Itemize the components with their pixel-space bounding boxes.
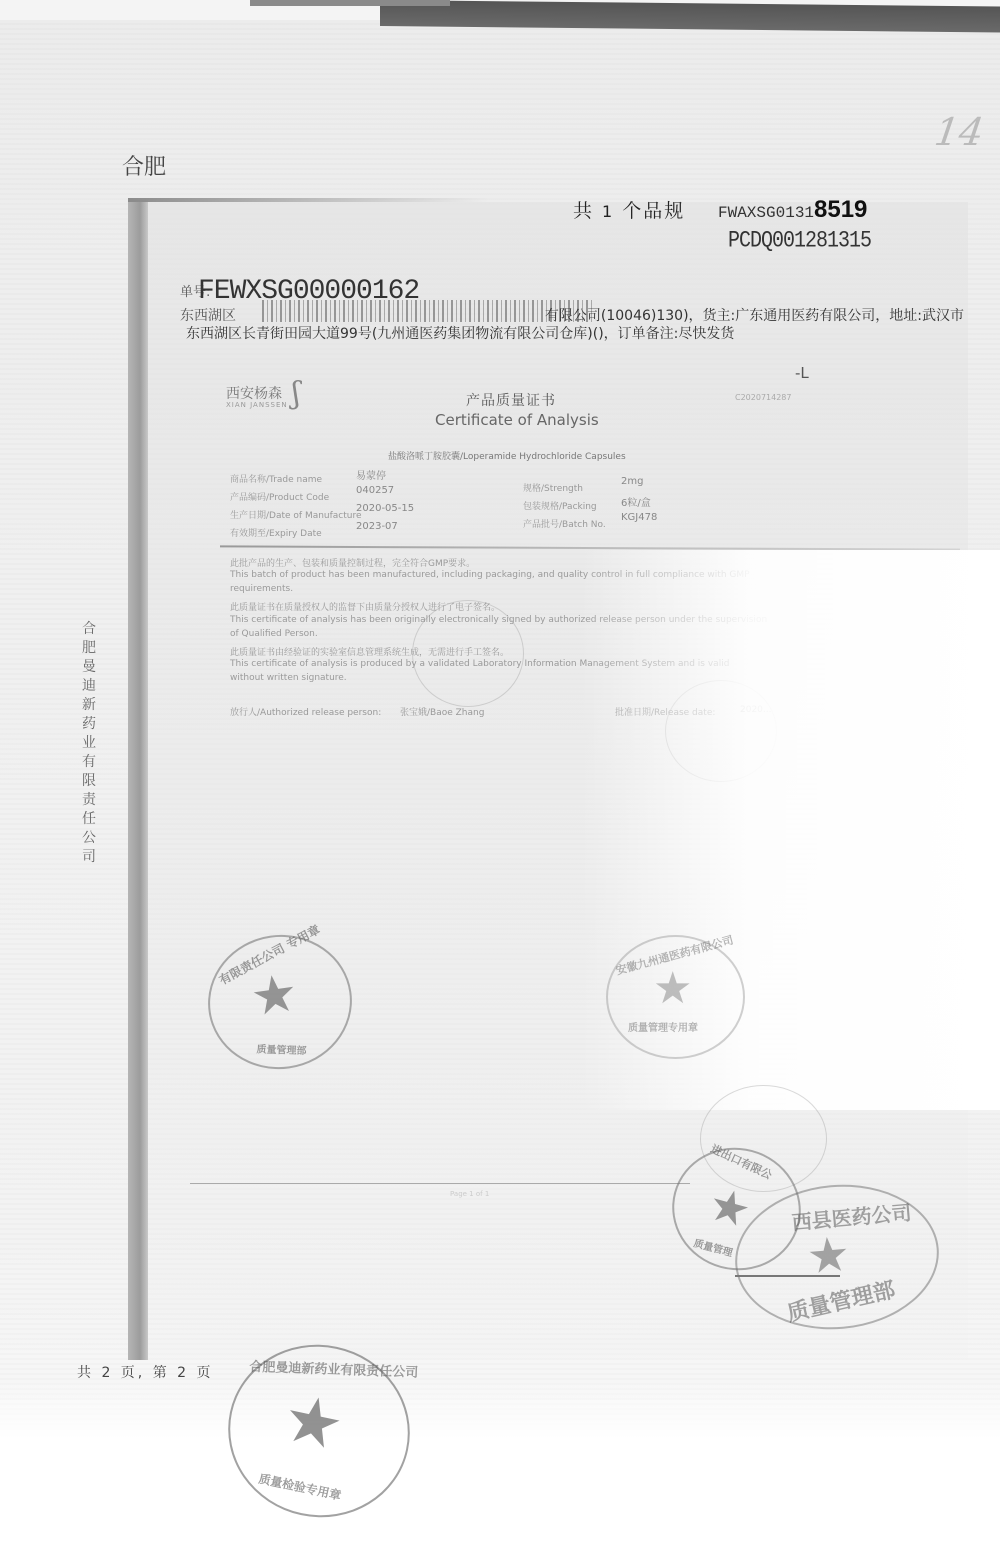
field-label: 规格/Strength — [523, 484, 583, 494]
star-icon: ★ — [653, 963, 692, 1014]
scanner-edge-band-left — [250, 0, 450, 6]
field-row: 生产日期/Date of Manufacture 2020-05-15 — [230, 503, 362, 521]
statement-line: of Qualified Person. — [230, 629, 318, 639]
coa-footer-mark: Page 1 of 1 — [450, 1190, 489, 1198]
manufacturer-logo-icon: ʃ — [292, 376, 300, 411]
sheet-top-edge — [128, 198, 488, 202]
code-prefix: FWAXSG0131 — [718, 204, 814, 222]
field-value: 2020-05-15 — [356, 503, 414, 514]
release-person-label: 放行人/Authorized release person: — [230, 705, 381, 718]
side-company-name: 合肥曼迪新药业有限责任公司 — [80, 620, 98, 867]
page-indicator: 共 2 页, 第 2 页 — [77, 1362, 214, 1382]
stamp-text-top: 西县医药公司 — [790, 1196, 912, 1235]
manufacturer-logo-text: 西安杨森 — [226, 383, 282, 403]
page-bottom-rule — [190, 1183, 690, 1184]
field-value: 2mg — [621, 476, 643, 487]
address-line-1-start: 东西湖区 — [180, 308, 236, 324]
stamp-text-bottom: 质量检验专用章 — [257, 1470, 343, 1504]
field-label: 产品批号/Batch No. — [523, 520, 606, 530]
star-icon: ★ — [247, 963, 302, 1029]
count-value: 1 — [602, 202, 614, 221]
stamp-text-bottom: 质量管理部 — [256, 1040, 306, 1057]
stamp-jiuzhoutong: ★ 安徽九州通医药有限公司 质量管理专用章 — [606, 935, 745, 1059]
field-row: 商品名称/Trade name 易蒙停 — [230, 467, 362, 485]
address-line-1-end: 有限公司(10046)130)，货主:广东通用医药有限公司，地址:武汉市 — [545, 308, 964, 324]
stamp-text-bottom: 质量管理 — [692, 1234, 735, 1259]
star-icon: ★ — [276, 1378, 350, 1466]
fields-left: 商品名称/Trade name 易蒙停 产品编码/Product Code 04… — [230, 467, 362, 539]
coa-title-english: Certificate of Analysis — [435, 411, 599, 429]
statement-line: requirements. — [230, 584, 293, 594]
handwritten-mark-l: -L — [795, 364, 809, 382]
release-person-name: 张宝娥/Baoe Zhang — [400, 705, 484, 718]
coa-title-chinese: 产品质量证书 — [466, 390, 556, 410]
handwritten-page-mark: 14 — [932, 110, 987, 154]
field-value: 040257 — [356, 485, 394, 496]
field-row: 产品批号/Batch No. KGJ478 — [523, 512, 606, 530]
statement-line: 此批产品的生产、包装和质量控制过程，完全符合GMP要求。 — [230, 556, 475, 569]
field-label: 包装规格/Packing — [523, 502, 597, 512]
field-row: 包装规格/Packing 6粒/盒 — [523, 494, 606, 512]
code-bold: 8519 — [814, 196, 867, 223]
field-row: 产品编码/Product Code 040257 — [230, 485, 362, 503]
order-number: FEWXSG00000162 — [198, 276, 419, 307]
secondary-code: PCDQ001281315 — [728, 228, 871, 254]
coa-reference: C2020714287 — [735, 393, 791, 402]
count-suffix: 个品规 — [622, 200, 685, 222]
stamp-underline — [735, 1275, 840, 1277]
statement-line: without written signature. — [230, 673, 347, 683]
city-label: 合肥 — [122, 150, 166, 181]
scan-fade-bottom — [0, 1380, 1000, 1550]
field-value: 6粒/盒 — [621, 494, 651, 509]
field-label: 商品名称/Trade name — [230, 475, 322, 485]
fields-right: 规格/Strength 2mg 包装规格/Packing 6粒/盒 产品批号/B… — [523, 476, 606, 530]
field-label: 产品编码/Product Code — [230, 493, 329, 503]
manufacturer-logo-subtext: XIAN JANSSEN — [226, 401, 288, 409]
sheet-shadow-edge — [128, 200, 148, 1360]
field-row: 规格/Strength 2mg — [523, 476, 606, 494]
field-value: 2023-07 — [356, 521, 398, 532]
address-line-1: 东西湖区 有限公司(10046)130)，货主:广东通用医药有限公司，地址:武汉… — [180, 305, 964, 325]
field-label: 生产日期/Date of Manufacture — [230, 511, 362, 521]
product-title: 盐酸洛哌丁胺胶囊/Loperamide Hydrochloride Capsul… — [388, 449, 626, 462]
field-value: KGJ478 — [621, 512, 657, 523]
stamp-text-bottom: 质量管理专用章 — [628, 1019, 698, 1034]
document-code: FWAXSG01318519 — [718, 196, 867, 224]
count-prefix: 共 — [573, 200, 594, 222]
address-line-2: 东西湖区长青街田园大道99号(九州通医药集团物流有限公司仓库)()，订单备注:尽… — [186, 323, 734, 343]
field-row: 有效期至/Expiry Date 2023-07 — [230, 521, 362, 539]
field-label: 有效期至/Expiry Date — [230, 529, 322, 539]
field-value: 易蒙停 — [356, 467, 386, 482]
item-count: 共1个品规 — [573, 196, 685, 223]
faint-stamp — [412, 600, 524, 707]
